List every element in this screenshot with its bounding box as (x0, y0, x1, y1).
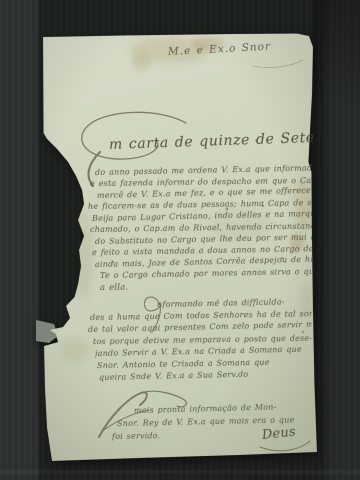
handwriting-line: foi servido. (112, 431, 161, 441)
closing-word: Deus (261, 424, 296, 442)
opening-line: m carta de quinze de Setembro (109, 130, 313, 153)
handwriting-line: jando Servir a V. Ex.a na Criada a Soman… (95, 345, 302, 358)
handwriting-line: mais pronta informação de Mon- (134, 403, 277, 415)
handwriting-line: chamado, o Cap.am do Rivael, havendo cir… (90, 222, 312, 234)
handwriting-line: Snor. Antonio te Crisada a Somana que (97, 358, 270, 370)
handwriting-line: nformando me das difficulda- (157, 297, 285, 309)
handwriting-line: do anno passado me ordena V. Ex.a que in… (95, 163, 312, 177)
handwriting-line: a ella. (100, 283, 129, 293)
handwriting-line: de tal valor aqui presentes Com zelo pod… (88, 320, 312, 334)
handwriting-layer: M.e e Ex.o Snor m carta de quinze de Set… (0, 0, 360, 480)
handwriting-line: queira Snde V. Ex.a a Sua Serv.do (99, 370, 249, 382)
handwriting-line: Beija para Lugar Cristiano, indo delles … (92, 209, 312, 223)
manuscript-photo: M.e e Ex.o Snor m carta de quinze de Set… (0, 0, 360, 480)
salutation-note: M.e e Ex.o Snor (168, 41, 272, 58)
handwriting-line: Te o Cargo chamado por mores annos sirva… (100, 267, 312, 280)
handwriting-line: Snor. Rey de V. Ex.a que mais era o que (117, 415, 295, 428)
